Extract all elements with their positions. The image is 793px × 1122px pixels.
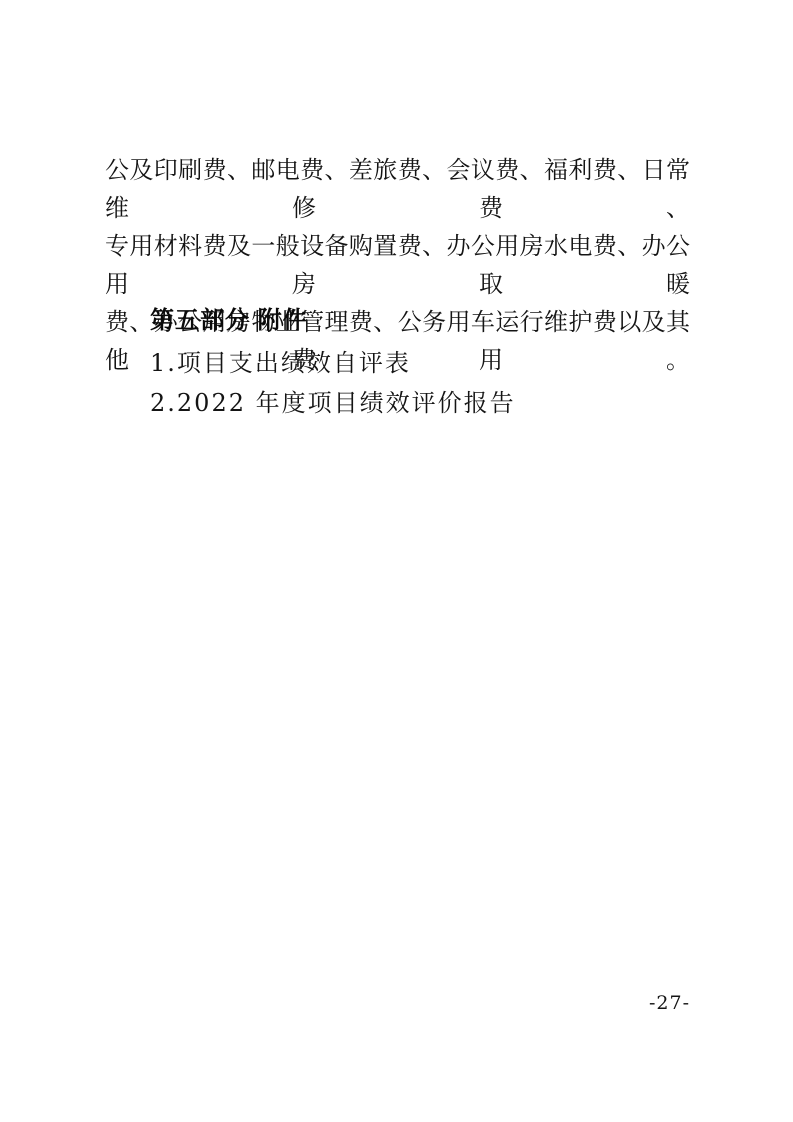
page-number: -27- — [649, 992, 690, 1014]
paragraph-line-2: 专用材料费及一般设备购置费、办公用房水电费、办公用房取暖 — [105, 227, 690, 303]
attachment-item-2: 2.2022 年度项目绩效评价报告 — [150, 388, 516, 418]
section-heading: 第五部分 附件 — [150, 306, 308, 336]
paragraph-line-1: 公及印刷费、邮电费、差旅费、会议费、福利费、日常维修费、 — [105, 151, 690, 227]
attachment-item-1: 1.项目支出绩效自评表 — [150, 348, 411, 378]
paragraph-expenses: 公及印刷费、邮电费、差旅费、会议费、福利费、日常维修费、 专用材料费及一般设备购… — [105, 151, 690, 379]
document-page: 公及印刷费、邮电费、差旅费、会议费、福利费、日常维修费、 专用材料费及一般设备购… — [0, 0, 793, 1122]
